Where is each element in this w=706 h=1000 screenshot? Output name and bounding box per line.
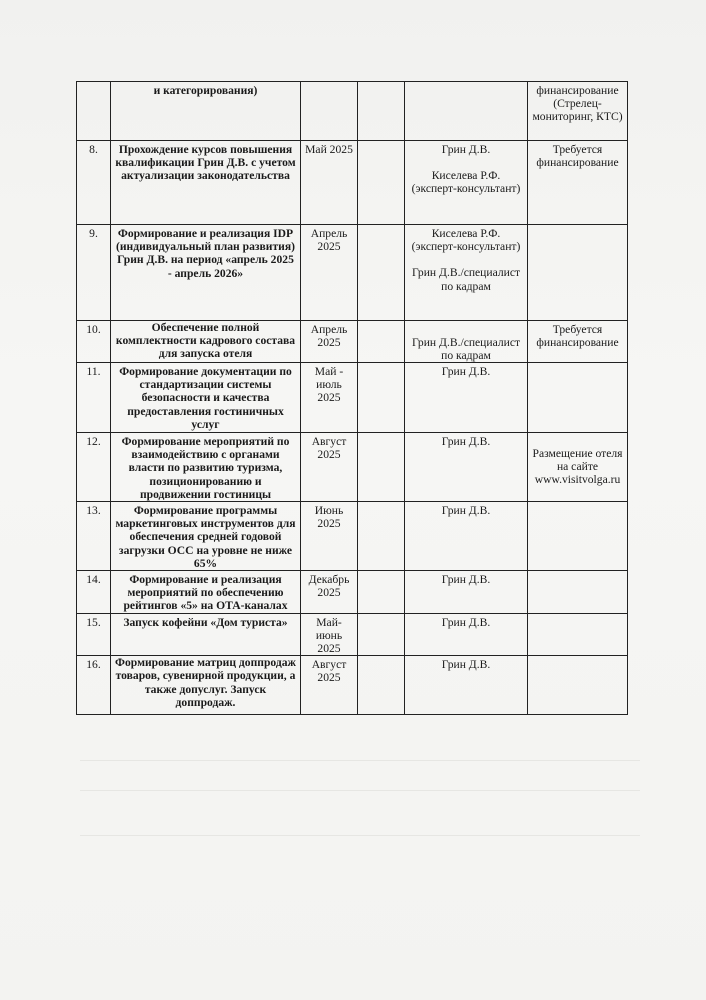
table-row: 12.Формирование мероприятий по взаимодей… — [77, 433, 628, 502]
table-row: 15.Запуск кофейни «Дом туриста»Май-июнь … — [77, 613, 628, 656]
task-description: Формирование программы маркетинговых инс… — [111, 502, 301, 571]
table-row: 13.Формирование программы маркетинговых … — [77, 502, 628, 571]
responsible-persons: Грин Д.В. — [405, 363, 528, 433]
note: финансирование (Стрелец-мониторинг, КТС) — [528, 82, 628, 141]
responsible-person: Грин Д.В. — [408, 435, 524, 448]
deadline: Апрель 2025 — [301, 225, 358, 321]
deadline — [301, 82, 358, 141]
row-number: 9. — [77, 225, 111, 321]
responsible-persons: Грин Д.В. — [405, 502, 528, 571]
deadline: Август 2025 — [301, 433, 358, 502]
responsible-person: Грин Д.В./специалист по кадрам — [408, 266, 524, 292]
empty-cell — [358, 225, 405, 321]
responsible-persons: Грин Д.В.Киселева Р.Ф. (эксперт-консульт… — [405, 141, 528, 225]
empty-cell — [358, 141, 405, 225]
empty-cell — [358, 82, 405, 141]
show-through-line — [80, 835, 640, 836]
note — [528, 571, 628, 614]
deadline: Август 2025 — [301, 656, 358, 715]
task-description: Формирование и реализация IDP (индивидуа… — [111, 225, 301, 321]
task-description: Обеспечение полной комплектности кадрово… — [111, 321, 301, 363]
responsible-person: Грин Д.В. — [408, 573, 524, 586]
note — [528, 613, 628, 656]
responsible-persons: Киселева Р.Ф. (эксперт-консультант)Грин … — [405, 225, 528, 321]
responsible-persons — [405, 82, 528, 141]
empty-cell — [358, 613, 405, 656]
responsible-person: Грин Д.В. — [408, 616, 524, 629]
row-number: 14. — [77, 571, 111, 614]
empty-cell — [358, 321, 405, 363]
empty-cell — [358, 363, 405, 433]
table-row: и категорирования)финансирование (Стреле… — [77, 82, 628, 141]
empty-cell — [358, 502, 405, 571]
table-row: 14.Формирование и реализация мероприятий… — [77, 571, 628, 614]
deadline: Апрель 2025 — [301, 321, 358, 363]
deadline: Декабрь 2025 — [301, 571, 358, 614]
note: Требуется финансирование — [528, 321, 628, 363]
row-number: 11. — [77, 363, 111, 433]
empty-cell — [358, 433, 405, 502]
note — [528, 502, 628, 571]
show-through-line — [80, 790, 640, 791]
responsible-person: Киселева Р.Ф. (эксперт-консультант) — [408, 169, 524, 195]
task-description: и категорирования) — [111, 82, 301, 141]
responsible-persons: Грин Д.В. — [405, 656, 528, 715]
task-description: Прохождение курсов повышения квалификаци… — [111, 141, 301, 225]
row-number: 12. — [77, 433, 111, 502]
action-plan-table: и категорирования)финансирование (Стреле… — [76, 81, 628, 715]
table-row: 10.Обеспечение полной комплектности кадр… — [77, 321, 628, 363]
responsible-person: Грин Д.В./специалист по кадрам — [408, 336, 524, 362]
row-number: 15. — [77, 613, 111, 656]
empty-cell — [358, 656, 405, 715]
table-row: 11.Формирование документации по стандарт… — [77, 363, 628, 433]
note — [528, 225, 628, 321]
task-description: Формирование матриц доппродаж товаров, с… — [111, 656, 301, 715]
responsible-persons: Грин Д.В. — [405, 433, 528, 502]
row-number — [77, 82, 111, 141]
deadline: Май 2025 — [301, 141, 358, 225]
responsible-person: Грин Д.В. — [408, 658, 524, 671]
responsible-persons: Грин Д.В./специалист по кадрам — [405, 321, 528, 363]
table-row: 16.Формирование матриц доппродаж товаров… — [77, 656, 628, 715]
deadline: Май - июль 2025 — [301, 363, 358, 433]
deadline: Май-июнь 2025 — [301, 613, 358, 656]
task-description: Формирование документации по стандартиза… — [111, 363, 301, 433]
task-description: Формирование и реализация мероприятий по… — [111, 571, 301, 614]
table-row: 9.Формирование и реализация IDP (индивид… — [77, 225, 628, 321]
show-through-line — [80, 760, 640, 761]
note — [528, 656, 628, 715]
row-number: 8. — [77, 141, 111, 225]
row-number: 16. — [77, 656, 111, 715]
task-description: Формирование мероприятий по взаимодейств… — [111, 433, 301, 502]
note — [528, 363, 628, 433]
responsible-person: Грин Д.В. — [408, 504, 524, 517]
responsible-persons: Грин Д.В. — [405, 613, 528, 656]
task-description: Запуск кофейни «Дом туриста» — [111, 613, 301, 656]
responsible-person: Грин Д.В. — [408, 365, 524, 378]
spacer — [408, 156, 524, 169]
spacer — [408, 253, 524, 266]
row-number: 13. — [77, 502, 111, 571]
note: Требуется финансирование — [528, 141, 628, 225]
deadline: Июнь 2025 — [301, 502, 358, 571]
note: Размещение отеля на сайте www.visitvolga… — [528, 433, 628, 502]
responsible-person: Грин Д.В. — [408, 143, 524, 156]
responsible-persons: Грин Д.В. — [405, 571, 528, 614]
responsible-person: Киселева Р.Ф. (эксперт-консультант) — [408, 227, 524, 253]
row-number: 10. — [77, 321, 111, 363]
scanned-page: и категорирования)финансирование (Стреле… — [0, 0, 706, 1000]
empty-cell — [358, 571, 405, 614]
table-row: 8.Прохождение курсов повышения квалифика… — [77, 141, 628, 225]
